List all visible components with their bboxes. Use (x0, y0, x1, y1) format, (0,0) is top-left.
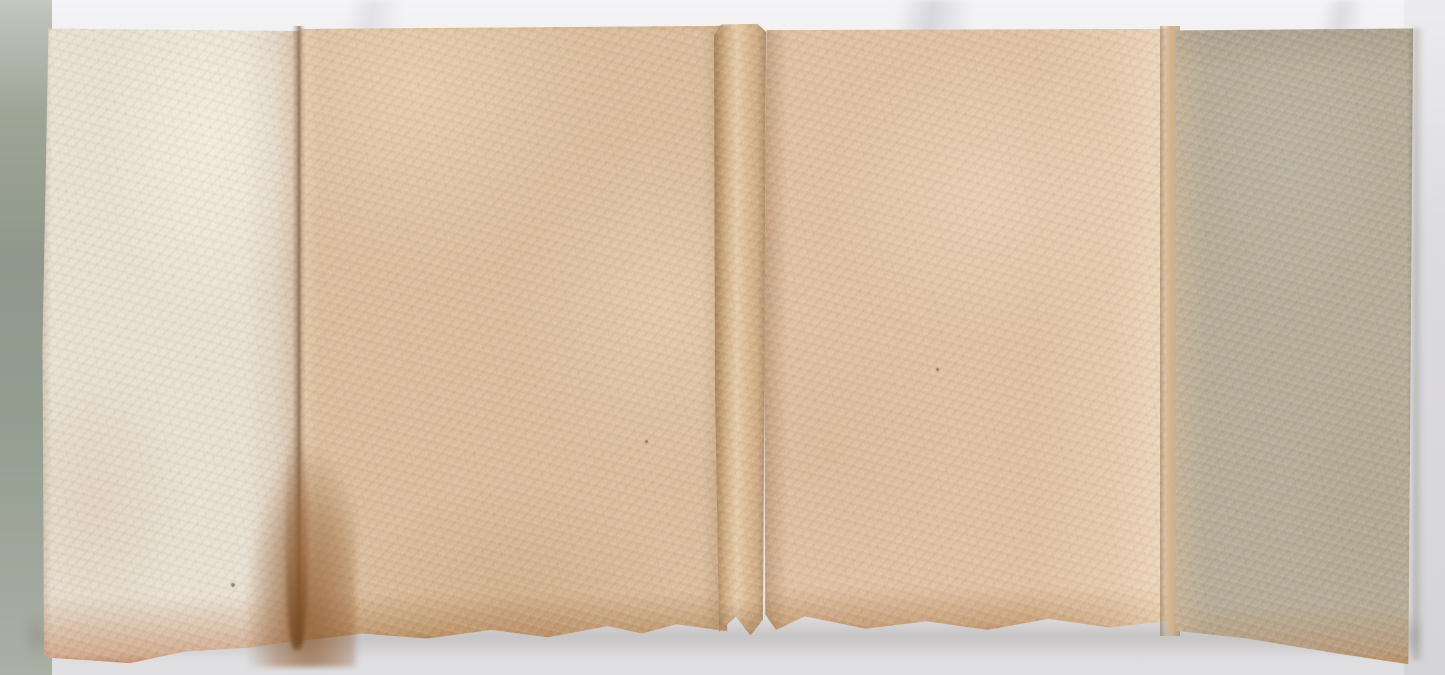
speck-stain (231, 583, 235, 587)
speck-stain (645, 440, 648, 443)
grain-texture (1174, 24, 1416, 668)
grain-texture (714, 22, 766, 638)
spine-ridge (714, 22, 766, 638)
front-cover-panel (298, 24, 728, 646)
stain-streak (286, 418, 308, 650)
grain-texture (298, 24, 728, 646)
back-cover-panel (764, 24, 1170, 636)
right-flap-panel (1174, 24, 1416, 668)
right-edge-shadow (1413, 28, 1424, 660)
photo-scene (0, 0, 1445, 675)
speck-stain (936, 368, 939, 371)
grain-texture (764, 24, 1170, 636)
